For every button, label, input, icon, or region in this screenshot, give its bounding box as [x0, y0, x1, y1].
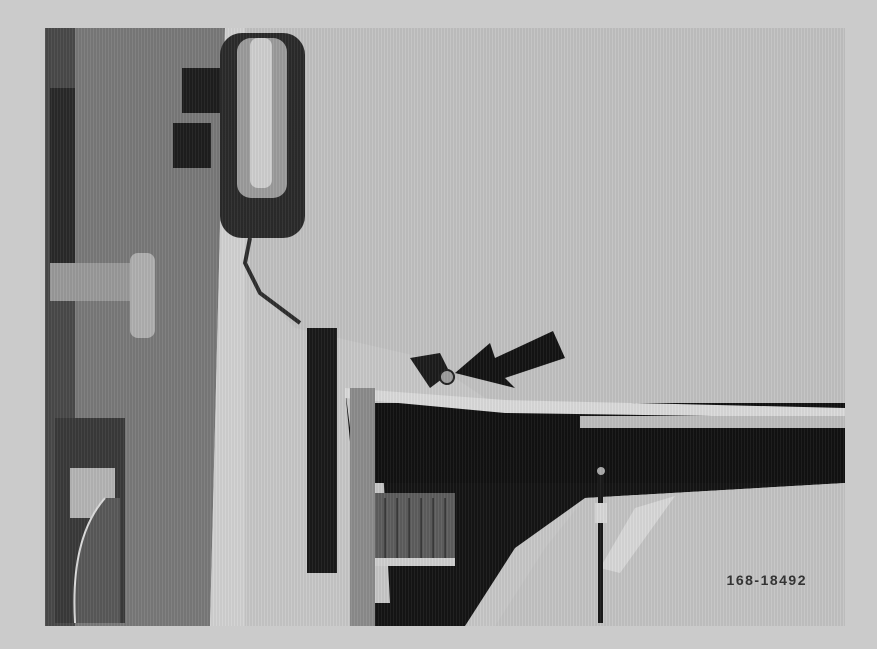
seat-strap	[307, 328, 337, 573]
switch-block-upper	[182, 68, 220, 113]
figure-reference-number: 168-18492	[727, 572, 807, 588]
switch-block-lower	[173, 123, 211, 168]
page: 168-18492	[0, 0, 877, 649]
pedal	[375, 493, 455, 563]
bolt	[440, 370, 454, 384]
rod-knob	[595, 503, 607, 523]
photograph: 168-18492	[45, 28, 845, 626]
vehicle-interior-photo	[45, 28, 845, 626]
